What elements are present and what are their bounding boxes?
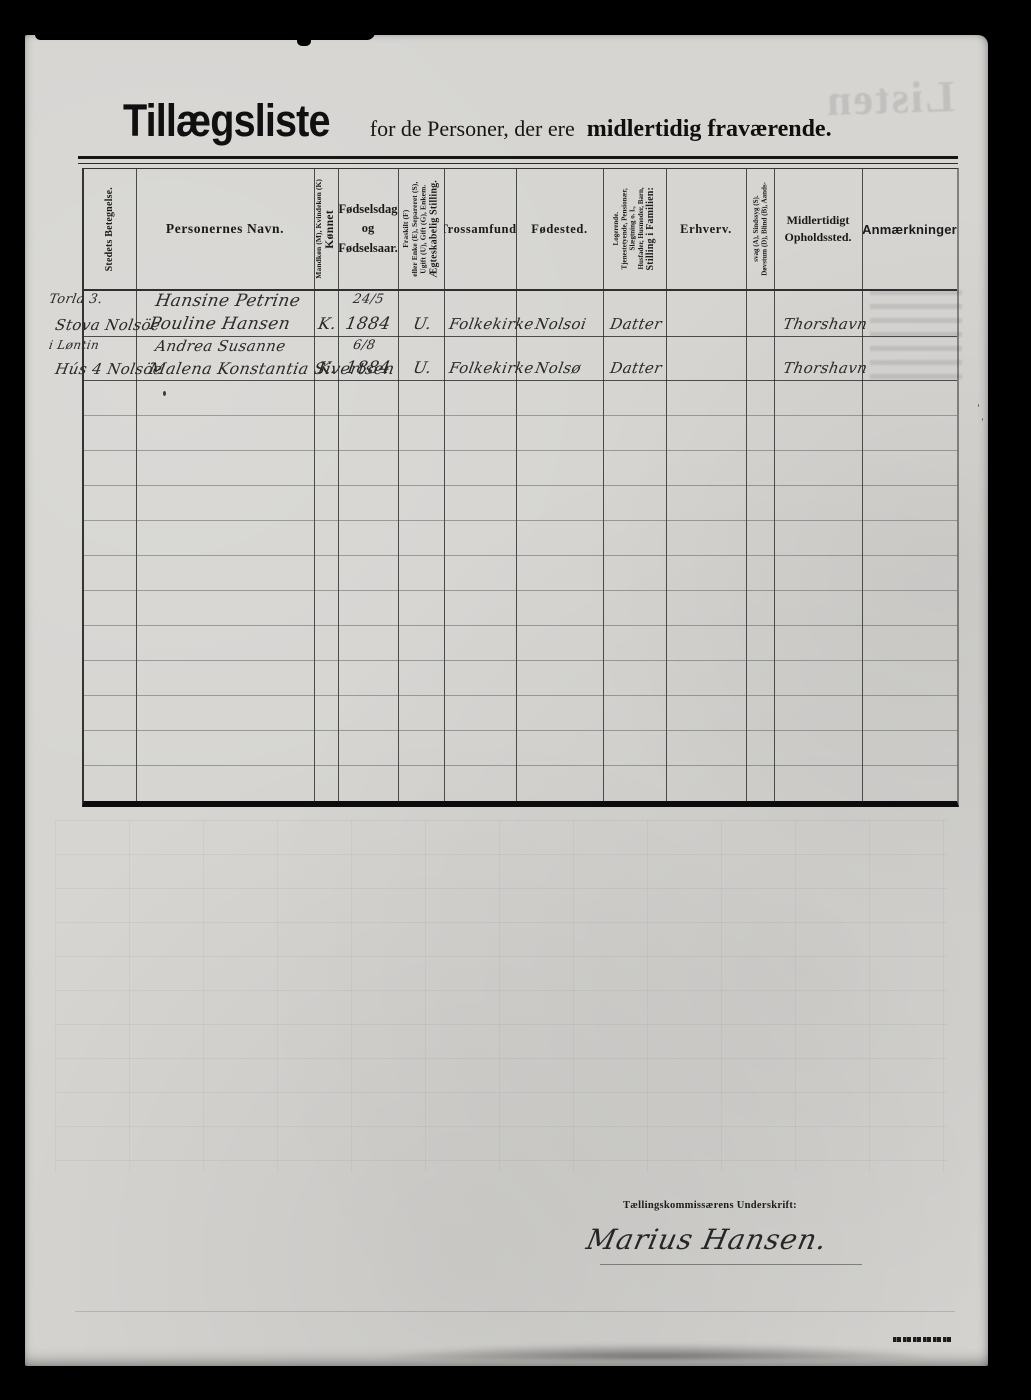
column-header-stilling-i-familien: Stilling i Familien: Husfader, Husmoder,… xyxy=(603,169,666,289)
handwritten-birthplace: Nolsø xyxy=(534,361,582,376)
empty-table-row xyxy=(84,626,957,661)
header-sublabel: eller Enke (E), Separeret (S), xyxy=(411,180,420,278)
cell-sarlig xyxy=(746,291,774,336)
handwritten-marital-status: U. xyxy=(412,316,433,332)
column-header-personernes-navn: Personernes Navn. xyxy=(136,169,314,289)
header-label: Ægteskabelig Stilling. xyxy=(428,180,440,278)
header-label: Fødested. xyxy=(531,222,587,237)
bleed-through-grid xyxy=(55,820,947,1172)
header-sublabel: svag (A), Sindssyg (S). xyxy=(752,182,760,276)
title-main: Tillægsliste xyxy=(123,95,330,147)
empty-table-row xyxy=(84,451,957,486)
cell-fodested: Nolsoi xyxy=(516,291,603,336)
document-page: Listen Tillægsliste for de Personer, der… xyxy=(25,35,988,1366)
empty-table-row xyxy=(84,556,957,591)
header-label: Fødselsaar. xyxy=(338,239,398,258)
handwritten-sex: K. xyxy=(317,360,338,376)
empty-table-row xyxy=(84,521,957,556)
header-label: og xyxy=(338,219,398,238)
cell-stilling: Datter xyxy=(603,291,666,336)
census-table: Stedets Betegnelse. Personernes Navn. Kø… xyxy=(82,168,959,807)
handwritten-birthdate: 24/5 xyxy=(352,293,400,306)
header-label: Kønnet xyxy=(324,179,338,279)
header-sublabel: Tjenestetyende, Pensionær, xyxy=(620,187,628,270)
handwritten-name: Andrea Susanne xyxy=(154,339,317,354)
header-sublabel: Slægtning o. l., xyxy=(629,187,637,270)
scan-edge-artifact xyxy=(375,1343,935,1359)
signature-line xyxy=(600,1264,862,1265)
header-sublabel: Ugift (U), Gift (G), Enkem. xyxy=(420,180,429,278)
cell-sted: i Løntin Hús 4 Nolsöe xyxy=(84,337,136,380)
handwritten-temporary-residence: Thorshavn xyxy=(782,317,869,332)
header-label: Personernes Navn. xyxy=(166,221,284,237)
cell-stand: U. xyxy=(398,337,444,380)
scan-edge-artifact xyxy=(35,32,375,40)
bleed-through-line xyxy=(75,1311,955,1312)
header-label: Stedets Betegnelse. xyxy=(104,187,116,271)
header-sublabel: Logerende. xyxy=(612,187,620,270)
header-label: Stilling i Familien: xyxy=(645,187,657,270)
empty-table-row xyxy=(84,696,957,731)
signature: Marius Hansen. xyxy=(583,1223,830,1256)
cell-ophold: Thorshavn xyxy=(774,337,862,380)
cell-sted: Torla 3. Stova Nolsöe xyxy=(84,291,136,336)
title-mid: for de Personer, der ere xyxy=(370,116,575,142)
column-header-fodselsdag: Fødselsdag og Fødselsaar. xyxy=(338,169,398,289)
column-header-anmaerkninger: Anmærkninger xyxy=(862,169,957,289)
signature-label: Tællingskommissærens Underskrift: xyxy=(623,1200,797,1211)
header-sublabel: Husfader, Husmoder, Barn, xyxy=(637,187,645,270)
column-header-fodested: Fødested. xyxy=(516,169,603,289)
cell-fodsel: 24/5 1884 xyxy=(338,291,398,336)
header-label: Erhverv. xyxy=(680,222,732,237)
cell-sarlig xyxy=(746,337,774,380)
printer-mark xyxy=(893,1337,951,1342)
handwritten-family-position: Datter xyxy=(609,361,663,376)
cell-fodsel: 6/8 1884 xyxy=(338,337,398,380)
column-header-dovstum-blind: Døvstum (D), Blind (B), Aands- svag (A),… xyxy=(746,169,774,289)
empty-table-row xyxy=(84,661,957,696)
column-header-midlertidigt-opholdssted: Midlertidigt Opholdssted. xyxy=(774,169,862,289)
empty-table-row xyxy=(84,416,957,451)
column-header-stedets-betegnelse: Stedets Betegnelse. xyxy=(84,169,136,289)
cell-kon: K. xyxy=(314,291,338,336)
cell-tro: Folkekirke xyxy=(444,337,516,380)
handwritten-birthdate: 6/8 xyxy=(352,339,400,352)
cell-anm xyxy=(862,337,957,380)
column-header-konnet: Kønnet Mandkøn (M), Kvindekøn (K) xyxy=(314,169,338,289)
bleed-through-title: Listen xyxy=(824,71,955,126)
handwritten-temporary-residence: Thorshavn xyxy=(782,361,869,376)
title-rule xyxy=(78,156,958,164)
table-header-row: Stedets Betegnelse. Personernes Navn. Kø… xyxy=(84,169,957,291)
handwritten-name: Malena Konstantia Sivertsen xyxy=(148,361,317,377)
cell-tro: Folkekirke xyxy=(444,291,516,336)
empty-table-row xyxy=(84,731,957,766)
table-row: i Løntin Hús 4 Nolsöe Andrea Susanne Mal… xyxy=(84,337,957,381)
header-label: Anmærkninger xyxy=(862,222,957,237)
cell-stilling: Datter xyxy=(603,337,666,380)
ink-speck xyxy=(163,391,166,396)
handwritten-name: Pouline Hansen xyxy=(148,316,317,333)
handwritten-family-position: Datter xyxy=(609,317,663,332)
table-row: Torla 3. Stova Nolsöe Hansine Petrine Po… xyxy=(84,291,957,337)
column-header-aegteskabelig-stilling: Ægteskabelig Stilling. Ugift (U), Gift (… xyxy=(398,169,444,289)
column-header-trossamfund: Trossamfund. xyxy=(444,169,516,289)
handwritten-sex: K. xyxy=(317,316,338,332)
handwritten-name: Hansine Petrine xyxy=(154,293,317,310)
handwritten-birthyear: 1884 xyxy=(344,360,401,377)
cell-erhverv xyxy=(666,291,746,336)
title-emphasis: midlertidig fraværende. xyxy=(587,116,832,143)
empty-table-row xyxy=(84,381,957,416)
header-sublabel: Mandkøn (M), Kvindekøn (K) xyxy=(315,179,324,279)
header-label: Midlertidigt xyxy=(784,212,851,229)
handwritten-place: Torla 3. xyxy=(48,293,138,306)
handwritten-birthplace: Nolsoi xyxy=(534,317,588,332)
column-header-erhverv: Erhverv. xyxy=(666,169,746,289)
cell-stand: U. xyxy=(398,291,444,336)
handwritten-marital-status: U. xyxy=(412,360,433,376)
cell-ophold: Thorshavn xyxy=(774,291,862,336)
cell-navn: Andrea Susanne Malena Konstantia Siverts… xyxy=(136,337,314,380)
handwritten-birthyear: 1884 xyxy=(344,316,401,333)
handwritten-place: i Løntin xyxy=(48,339,138,351)
cell-erhverv xyxy=(666,337,746,380)
header-label: Opholdssted. xyxy=(784,229,851,246)
cell-navn: Hansine Petrine Pouline Hansen xyxy=(136,291,314,336)
cell-fodested: Nolsø xyxy=(516,337,603,380)
empty-table-row xyxy=(84,486,957,521)
handwritten-place: Stova Nolsöe xyxy=(54,318,139,333)
handwritten-place: Hús 4 Nolsöe xyxy=(54,362,139,377)
header-sublabel: Døvstum (D), Blind (B), Aands- xyxy=(760,182,768,276)
header-label: Fødselsdag xyxy=(338,200,398,219)
scan-edge-artifact xyxy=(297,35,311,46)
cell-anm xyxy=(862,291,957,336)
cell-kon: K. xyxy=(314,337,338,380)
empty-table-row xyxy=(84,591,957,626)
empty-table-row xyxy=(84,766,957,801)
page-title: Tillægsliste for de Personer, der ere mi… xyxy=(123,95,832,147)
header-label: Trossamfund. xyxy=(444,222,516,237)
